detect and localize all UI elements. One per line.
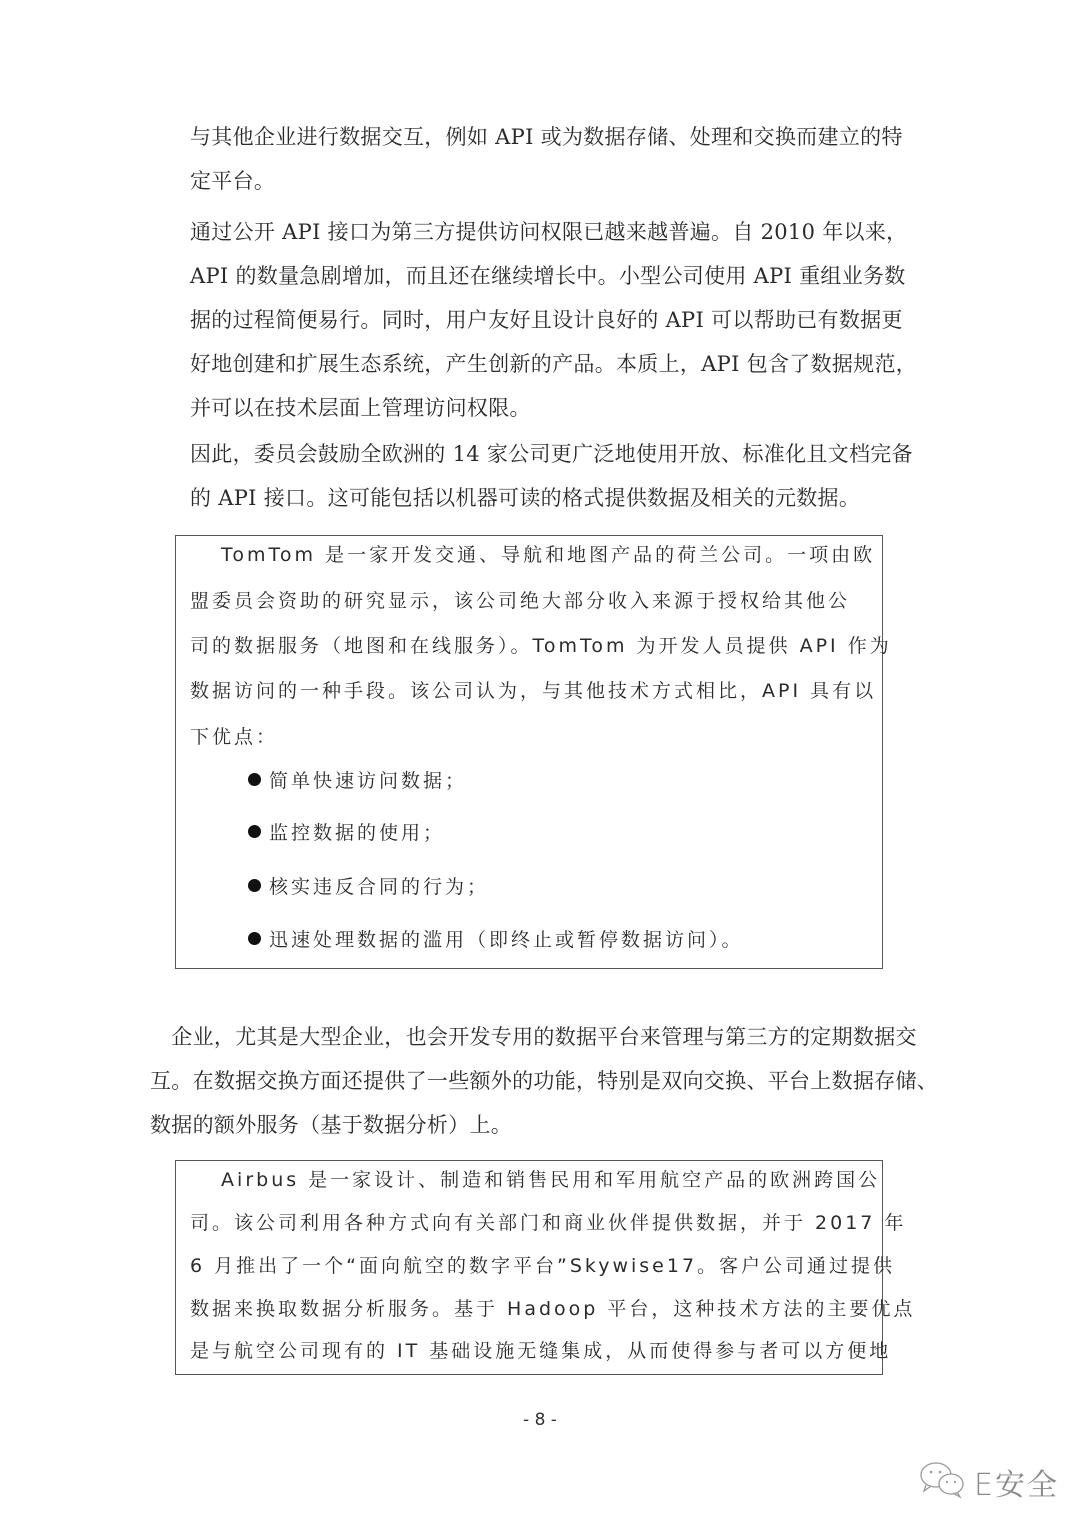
bullet-item: 核实违反合同的行为； [248, 872, 489, 899]
paragraph-intro: 与其他企业进行数据交互，例如 API 或为数据存储、处理和交换而建立的特 定平台… [190, 115, 930, 203]
paragraph-enterprise-platforms: 企业，尤其是大型企业，也会开发专用的数据平台来管理与第三方的定期数据交 互。在数… [150, 1015, 930, 1147]
bullet-text: 核实违反合同的行为； [269, 876, 489, 898]
bullet-item: 迅速处理数据的滥用（即终止或暂停数据访问）。 [248, 925, 744, 952]
bullet-item: 简单快速访问数据； [248, 766, 467, 793]
box-line: 是与航空公司现有的 IT 基础设施无缝集成，从而使得参与者可以方便地 [190, 1336, 891, 1363]
airbus-case-box: Airbus 是一家设计、制造和销售民用和军用航空产品的欧洲跨国公 司。该公司利… [175, 1160, 883, 1375]
text-line: 通过公开 API 接口为第三方提供访问权限已越来越普遍。自 2010 年以来， [190, 210, 930, 254]
watermark: E安全 [918, 1460, 1059, 1504]
box-line: TomTom 是一家开发交通、导航和地图产品的荷兰公司。一项由欧 [190, 540, 875, 567]
wechat-icon [918, 1460, 968, 1504]
text-line: 好地创建和扩展生态系统，产生创新的产品。本质上，API 包含了数据规范， [190, 342, 930, 386]
bullet-icon [248, 932, 261, 945]
watermark-text: E安全 [974, 1460, 1059, 1504]
text-line: 的 API 接口。这可能包括以机器可读的格式提供数据及相关的元数据。 [190, 476, 930, 520]
box-line: 数据来换取数据分析服务。基于 Hadoop 平台，这种技术方法的主要优点 [190, 1294, 915, 1321]
bullet-icon [248, 879, 261, 892]
box-line: 数据访问的一种手段。该公司认为，与其他技术方式相比，API 具有以 [190, 676, 876, 703]
page-number: - 8 - [0, 1410, 1080, 1430]
bullet-item: 监控数据的使用； [248, 818, 445, 845]
paragraph-commission: 因此，委员会鼓励全欧洲的 14 家公司更广泛地使用开放、标准化且文档完备 的 A… [190, 432, 930, 520]
bullet-icon [248, 825, 261, 838]
bullet-icon [248, 773, 261, 786]
text-line: 因此，委员会鼓励全欧洲的 14 家公司更广泛地使用开放、标准化且文档完备 [190, 432, 930, 476]
box-line: Airbus 是一家设计、制造和销售民用和军用航空产品的欧洲跨国公 [190, 1165, 880, 1192]
text-line: 与其他企业进行数据交互，例如 API 或为数据存储、处理和交换而建立的特 [190, 115, 930, 159]
text-line: 互。在数据交换方面还提供了一些额外的功能，特别是双向交换、平台上数据存储、 [150, 1059, 930, 1103]
paragraph-api: 通过公开 API 接口为第三方提供访问权限已越来越普遍。自 2010 年以来， … [190, 210, 930, 430]
text-line: 企业，尤其是大型企业，也会开发专用的数据平台来管理与第三方的定期数据交 [150, 1015, 930, 1059]
text-line: API 的数量急剧增加，而且还在继续增长中。小型公司使用 API 重组业务数 [190, 254, 930, 298]
bullet-text: 简单快速访问数据； [269, 770, 467, 792]
box-line: 下优点： [190, 722, 278, 749]
box-line: 6 月推出了一个“面向航空的数字平台”Skywise17。客户公司通过提供 [190, 1251, 895, 1278]
bullet-text: 迅速处理数据的滥用（即终止或暂停数据访问）。 [269, 929, 744, 951]
box-line: 盟委员会资助的研究显示，该公司绝大部分收入来源于授权给其他公 [190, 586, 850, 613]
text-line: 据的过程简便易行。同时，用户友好且设计良好的 API 可以帮助已有数据更 [190, 298, 930, 342]
box-line: 司的数据服务（地图和在线服务）。TomTom 为开发人员提供 API 作为 [190, 631, 892, 658]
bullet-text: 监控数据的使用； [269, 822, 445, 844]
text-line: 定平台。 [190, 159, 930, 203]
text-line: 数据的额外服务（基于数据分析）上。 [150, 1103, 930, 1147]
text-line: 并可以在技术层面上管理访问权限。 [190, 386, 930, 430]
tomtom-case-box: TomTom 是一家开发交通、导航和地图产品的荷兰公司。一项由欧 盟委员会资助的… [175, 535, 883, 969]
box-line: 司。该公司利用各种方式向有关部门和商业伙伴提供数据，并于 2017 年 [190, 1208, 906, 1235]
